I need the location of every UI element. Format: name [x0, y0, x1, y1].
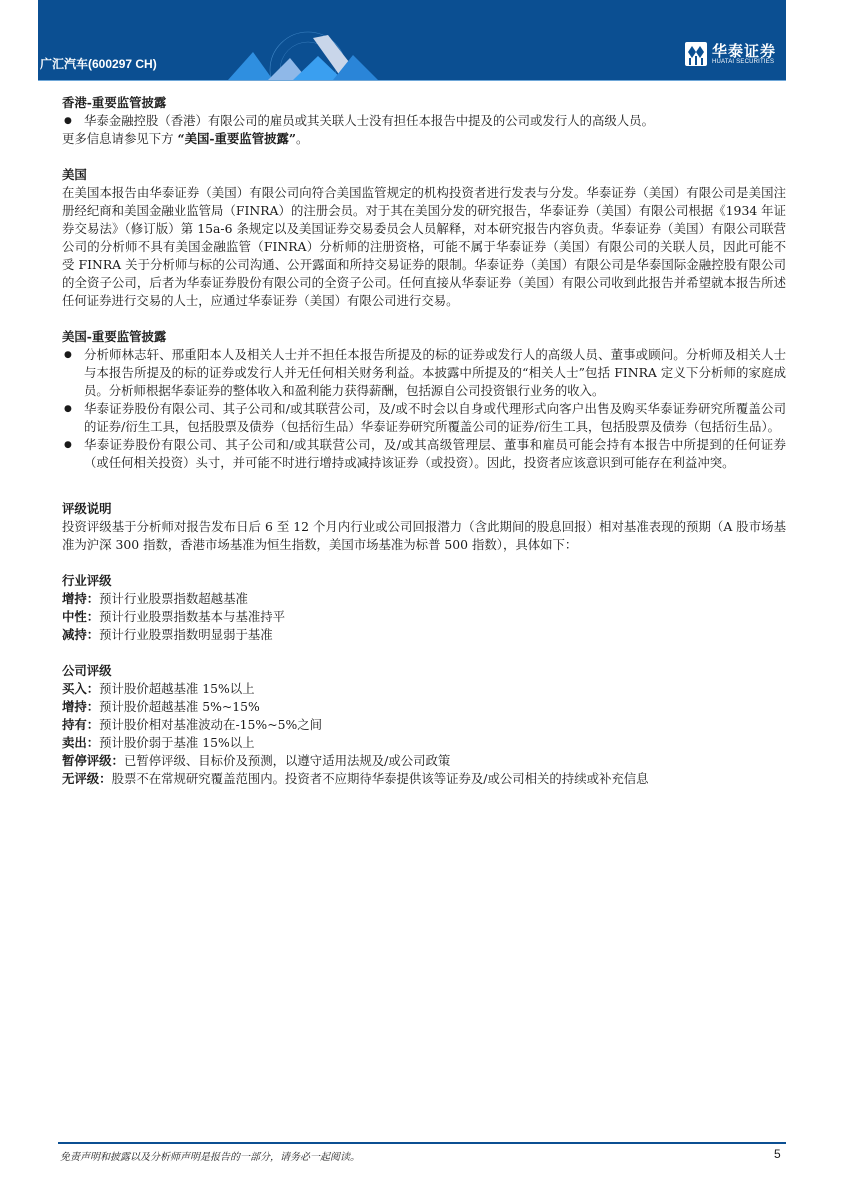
company-rating-item: 增持：预计股价超越基准 5%~15%	[62, 698, 786, 716]
page-number: 5	[774, 1147, 781, 1161]
hk-disclosure-item: 华泰金融控股（香港）有限公司的雇员或其关联人士没有担任本报告中提及的公司或发行人…	[62, 112, 786, 130]
industry-rating-heading: 行业评级	[62, 572, 786, 590]
hk-disclosure-list: 华泰金融控股（香港）有限公司的雇员或其关联人士没有担任本报告中提及的公司或发行人…	[62, 112, 786, 130]
us-heading: 美国	[62, 166, 786, 184]
us-disclosure-reference: “美国-重要监管披露”	[177, 131, 296, 146]
footer-disclaimer: 免责声明和披露以及分析师声明是报告的一部分，请务必一起阅读。	[60, 1148, 360, 1163]
us-paragraph: 在美国本报告由华泰证券（美国）有限公司向符合美国监管规定的机构投资者进行发表与分…	[62, 184, 786, 310]
logo-cn-text: 华泰证券	[712, 43, 776, 59]
us-disclosure-item: 华泰证券股份有限公司、其子公司和/或其联营公司，及/或其高级管理层、董事和雇员可…	[62, 436, 786, 472]
company-rating-item: 买入：预计股价超越基准 15%以上	[62, 680, 786, 698]
hk-more-info: 更多信息请参见下方 “美国-重要监管披露”。	[62, 130, 786, 148]
us-disclosure-list: 分析师林志轩、邢重阳本人及相关人士并不担任本报告所提及的标的证券或发行人的高级人…	[62, 346, 786, 472]
us-disclosure-heading: 美国-重要监管披露	[62, 328, 786, 346]
industry-rating-item: 增持：预计行业股票指数超越基准	[62, 590, 786, 608]
report-title: 广汇汽车(600297 CH)	[40, 55, 157, 72]
huatai-logo-icon	[685, 42, 707, 66]
page-header-banner: 广汇汽车(600297 CH) 华泰证券 HUATAI SECURITIES	[38, 0, 786, 81]
footer-divider	[58, 1142, 786, 1144]
industry-rating-item: 中性：预计行业股票指数基本与基准持平	[62, 608, 786, 626]
company-rating-heading: 公司评级	[62, 662, 786, 680]
huatai-logo: 华泰证券 HUATAI SECURITIES	[685, 42, 776, 66]
company-rating-item: 持有：预计股价相对基准波动在-15%~5%之间	[62, 716, 786, 734]
document-body: 香港-重要监管披露 华泰金融控股（香港）有限公司的雇员或其关联人士没有担任本报告…	[62, 94, 786, 788]
us-disclosure-item: 分析师林志轩、邢重阳本人及相关人士并不担任本报告所提及的标的证券或发行人的高级人…	[62, 346, 786, 400]
banner-mountain-graphic	[228, 10, 388, 80]
company-rating-item: 无评级：股票不在常规研究覆盖范围内。投资者不应期待华泰提供该等证券及/或公司相关…	[62, 770, 786, 788]
company-rating-item: 卖出：预计股价弱于基准 15%以上	[62, 734, 786, 752]
logo-en-text: HUATAI SECURITIES	[712, 59, 776, 65]
ratings-intro: 投资评级基于分析师对报告发布日后 6 至 12 个月内行业或公司回报潜力（含此期…	[62, 518, 786, 554]
ratings-heading: 评级说明	[62, 500, 786, 518]
hk-disclosure-heading: 香港-重要监管披露	[62, 94, 786, 112]
industry-rating-item: 减持：预计行业股票指数明显弱于基准	[62, 626, 786, 644]
company-rating-item: 暂停评级：已暂停评级、目标价及预测，以遵守适用法规及/或公司政策	[62, 752, 786, 770]
us-disclosure-item: 华泰证券股份有限公司、其子公司和/或其联营公司，及/或不时会以自身或代理形式向客…	[62, 400, 786, 436]
